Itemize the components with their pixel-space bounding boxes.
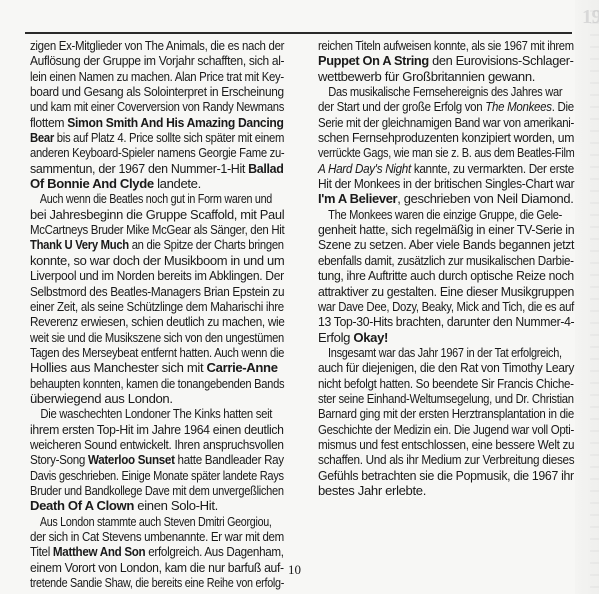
text-segment: Auch wenn die Beatles noch gut in Form w… — [40, 191, 272, 206]
text-line: einem Vorort von London, kam die nur bar… — [30, 560, 266, 575]
text-segment: verrückte Gags, wie man sie z. B. aus de… — [318, 145, 574, 160]
text-segment: an die Spitze der Charts bringen — [129, 237, 284, 252]
text-segment: McCartneys Bruder Mike McGear als Sänger… — [30, 222, 284, 237]
text-segment: Selbstmord des Beatles-Managers Brian Ep… — [30, 284, 284, 299]
text-line: einer Zeit, als seine Schützlinge dem Ma… — [30, 299, 254, 314]
text-line: ebenfalls damit, zusätzlich zur musikali… — [318, 253, 545, 268]
text-segment: nicht befolgt hatten. So beendete Sir Fr… — [318, 376, 574, 391]
right-text-column: reichen Titeln aufweisen konnte, als sie… — [318, 38, 574, 498]
text-line: überwiegend aus London. — [30, 391, 284, 406]
text-line: bei Jahresbeginn die Gruppe Scaffold, mi… — [30, 207, 281, 222]
booklet-page: 1967 Anmerkungen zum Jahr zigen Ex-Mitgl… — [0, 0, 599, 594]
text-line: ihrem ersten Top-Hit im Jahre 1964 einen… — [30, 422, 267, 437]
text-segment: board und Gesang als Solointerpret in Er… — [30, 84, 284, 99]
text-line: Tagen des Merseybeat entfernt hatten. Au… — [30, 345, 249, 360]
text-line: Erfolg Okay! — [318, 330, 574, 345]
text-line: Auflösung der Gruppe im Vorjahr schaffte… — [30, 53, 262, 68]
text-segment: Reverenz erwiesen, schien deutlich zu ma… — [30, 314, 285, 329]
text-segment: landete. — [154, 176, 201, 191]
text-line: A Hard Day's Night kannte, zu vermarkten… — [318, 161, 546, 176]
text-segment: Titel — [30, 544, 53, 559]
text-line: schen Fernsehproduzenten konzipiert word… — [318, 130, 556, 145]
text-segment: Hit der Monkees in der britischen Single… — [318, 176, 574, 191]
text-line: Reverenz erwiesen, schien deutlich zu ma… — [30, 314, 258, 329]
text-line: nicht befolgt hatten. So beendete Sir Fr… — [318, 376, 545, 391]
text-line: bestes Jahr erlebte. — [318, 483, 574, 498]
text-line: tung, ihre Auftritte auch durch optische… — [318, 268, 556, 283]
text-segment: Das musikalische Fernsehereignis des Jah… — [328, 84, 562, 99]
song-title: Carrie-Anne — [207, 360, 278, 375]
text-segment: Insgesamt war das Jahr 1967 in der Tat e… — [328, 345, 562, 360]
text-line: Hollies aus Manchester sich mit Carrie-A… — [30, 360, 284, 375]
song-title: Ballad — [248, 161, 283, 176]
text-line: Titel Matthew And Son erfolgreich. Aus D… — [30, 544, 256, 559]
text-segment: Tagen des Merseybeat entfernt hatten. Au… — [30, 345, 284, 360]
text-line: lein einen Namen zu machen. Alan Price t… — [30, 69, 251, 84]
text-line: Story-Song Waterloo Sunset hatte Bandlea… — [30, 452, 256, 467]
text-line: Bruder und Bandkollege Dave mit dem unve… — [30, 483, 244, 498]
text-segment: Liverpool und im Norden bereits im Abkli… — [30, 268, 284, 283]
text-segment: genheit hatte, sich regelmäßig in einer … — [318, 222, 574, 237]
text-segment: erfolgreich. Aus Dagenham, — [145, 544, 283, 559]
text-segment: kannte, zu vermarkten. Der erste — [411, 161, 574, 176]
text-line: Puppet On A String den Eurovisions-Schla… — [318, 53, 568, 68]
text-segment: tung, ihre Auftritte auch durch optische… — [318, 268, 574, 283]
text-segment: war Dave Dee, Dozy, Beaky, Mick and Tich… — [318, 299, 574, 314]
text-segment: , geschrieben von Neil Diamond. — [397, 191, 573, 206]
text-segment: ebenfalls damit, zusätzlich zur musikali… — [318, 253, 574, 268]
text-line: und kam mit einer Coverversion von Randy… — [30, 99, 248, 114]
text-line: auch für diejenigen, die den Rat von Tim… — [318, 360, 554, 375]
text-segment: flottem — [30, 115, 67, 130]
text-line: Szene zu setzen. Aber viele Bands begann… — [318, 237, 556, 252]
text-line: Die waschechten Londoner The Kinks hatte… — [30, 406, 249, 421]
text-segment: Barnard ging mit der ersten Herztranspla… — [318, 406, 574, 421]
song-title: Bear — [30, 130, 54, 145]
text-line: Bear bis auf Platz 4. Price sollte sich … — [30, 130, 249, 145]
text-segment: Geschichte der Medizin ein. Die Jugend w… — [318, 422, 574, 437]
text-line: behaupten konnten, kamen die tonangebend… — [30, 376, 246, 391]
text-segment: attraktiver zu gestalten. Eine dieser Mu… — [318, 284, 574, 299]
text-segment: und kam mit einer Coverversion von Randy… — [30, 99, 284, 114]
text-line: der Start und der große Erfolg von The M… — [318, 99, 543, 114]
song-title: Matthew And Son — [53, 544, 145, 559]
text-segment: wettbewerb für Großbritannien gewann. — [318, 69, 535, 84]
show-through-texture — [590, 0, 599, 594]
text-line: Death Of A Clown einen Solo-Hit. — [30, 498, 284, 513]
text-segment: . Die — [552, 99, 574, 114]
text-segment: schaffen. Und als ihr Medium zur Verbrei… — [318, 452, 574, 467]
text-line: war Dave Dee, Dozy, Beaky, Mick and Tich… — [318, 299, 540, 314]
text-segment: überwiegend aus London. — [30, 391, 173, 406]
text-segment: Story-Song — [30, 452, 88, 467]
text-segment: ster seine Einhand-Weltumsegelung, und D… — [318, 391, 574, 406]
text-segment: Hollies aus Manchester sich mit — [30, 360, 207, 375]
text-segment: Bruder und Bandkollege Dave mit dem unve… — [30, 483, 284, 498]
text-line: verrückte Gags, wie man sie z. B. aus de… — [318, 145, 532, 160]
song-title: Waterloo Sunset — [88, 452, 175, 467]
text-line: mismus und fest entschlossen, eine besse… — [318, 437, 546, 452]
song-title: I'm A Believer — [318, 191, 397, 206]
text-line: ster seine Einhand-Weltumsegelung, und D… — [318, 391, 539, 406]
text-line: McCartneys Bruder Mike McGear als Sänger… — [30, 222, 252, 237]
text-segment: reichen Titeln aufweisen konnte, als sie… — [318, 38, 574, 53]
text-line: wettbewerb für Großbritannien gewann. — [318, 69, 574, 84]
song-title: Okay! — [353, 330, 388, 345]
text-segment: sammentun, der 1967 den Nummer-1-Hit — [30, 161, 248, 176]
text-line: genheit hatte, sich regelmäßig in einer … — [318, 222, 559, 237]
text-segment: Serie mit der gleichnamigen Band war von… — [318, 115, 574, 130]
text-line: reichen Titeln aufweisen konnte, als sie… — [318, 38, 537, 53]
text-line: Serie mit der gleichnamigen Band war von… — [318, 115, 542, 130]
text-line: Insgesamt war das Jahr 1967 in der Tat e… — [318, 345, 532, 360]
left-text-column: zigen Ex-Mitglieder von The Animals, die… — [30, 38, 284, 590]
text-line: Aus London stammte auch Steven Dmitri Ge… — [30, 514, 238, 529]
text-segment: einer Zeit, als seine Schützlinge dem Ma… — [30, 299, 284, 314]
text-segment: 13 Top-30-Hits brachten, darunter den Nu… — [318, 314, 574, 329]
text-segment: bei Jahresbeginn die Gruppe Scaffold, mi… — [30, 207, 284, 222]
text-line: Thank U Very Much an die Spitze der Char… — [30, 237, 249, 252]
text-segment: den Eurovisions-Schlager- — [429, 53, 574, 68]
text-segment: schen Fernsehproduzenten konzipiert word… — [318, 130, 574, 145]
text-line: Liverpool und im Norden bereits im Abkli… — [30, 268, 265, 283]
text-line: konnte, so war doch der Musikboom in und… — [30, 253, 282, 268]
text-segment: der Start und der große Erfolg von — [318, 99, 485, 114]
text-segment: einem Vorort von London, kam die nur bar… — [30, 560, 284, 575]
text-line: Auch wenn die Beatles noch gut in Form w… — [30, 191, 238, 206]
text-line: flottem Simon Smith And His Amazing Danc… — [30, 115, 265, 130]
text-segment: tretende Sandie Shaw, die bereits eine R… — [30, 575, 284, 590]
text-segment: Davis geschrieben. Einige Monate später … — [30, 468, 284, 483]
text-segment: Aus London stammte auch Steven Dmitri Ge… — [40, 514, 272, 529]
text-segment: bis auf Platz 4. Price sollte sich späte… — [54, 130, 284, 145]
header-rule — [25, 32, 572, 34]
text-line: anderen Keyboard-Spieler namens Georgie … — [30, 145, 249, 160]
text-line: zigen Ex-Mitglieder von The Animals, die… — [30, 38, 253, 53]
text-line: Hit der Monkees in der britischen Single… — [318, 176, 551, 191]
text-segment: mismus und fest entschlossen, eine besse… — [318, 437, 574, 452]
text-line: Das musikalische Fernsehereignis des Jah… — [318, 84, 536, 99]
text-segment: The Monkees waren die einzige Gruppe, di… — [328, 207, 562, 222]
song-title: Thank U Very Much — [30, 237, 129, 252]
song-title: Puppet On A String — [318, 53, 429, 68]
page-number: 10 — [288, 562, 301, 578]
text-segment: lein einen Namen zu machen. Alan Price t… — [30, 69, 284, 84]
text-line: weicheren Sound entwickelt. Ihren anspru… — [30, 437, 260, 452]
text-segment: ihrem ersten Top-Hit im Jahre 1964 einen… — [30, 422, 284, 437]
text-line: Gefühls betrachten sie die Popmusik, die… — [318, 468, 559, 483]
text-segment: Gefühls betrachten sie die Popmusik, die… — [318, 468, 574, 483]
text-line: 13 Top-30-Hits brachten, darunter den Nu… — [318, 314, 557, 329]
text-line: tretende Sandie Shaw, die bereits eine R… — [30, 575, 240, 590]
text-segment: anderen Keyboard-Spieler namens Georgie … — [30, 145, 284, 160]
text-line: sammentun, der 1967 den Nummer-1-Hit Bal… — [30, 161, 272, 176]
text-segment: weicheren Sound entwickelt. Ihren anspru… — [30, 437, 284, 452]
italic-title: The Monkees — [485, 99, 551, 114]
text-segment: Szene zu setzen. Aber viele Bands begann… — [318, 237, 574, 252]
text-line: schaffen. Und als ihr Medium zur Verbrei… — [318, 452, 548, 467]
text-line: board und Gesang als Solointerpret in Er… — [30, 84, 260, 99]
text-line: Geschichte der Medizin ein. Die Jugend w… — [318, 422, 542, 437]
text-line: Barnard ging mit der ersten Herztranspla… — [318, 406, 543, 421]
text-segment: auch für diejenigen, die den Rat von Tim… — [318, 360, 574, 375]
text-segment: Die waschechten Londoner The Kinks hatte… — [40, 406, 272, 421]
song-title: Simon Smith And His Amazing Dancing — [67, 115, 283, 130]
text-line: der sich in Cat Stevens umbenannte. Er w… — [30, 529, 253, 544]
text-segment: weit sie und die Musikszene sich von den… — [30, 330, 284, 345]
text-segment: der sich in Cat Stevens umbenannte. Er w… — [30, 529, 284, 544]
text-line: attraktiver zu gestalten. Eine dieser Mu… — [318, 284, 558, 299]
song-title: Of Bonnie And Clyde — [30, 176, 154, 191]
text-segment: behaupten konnten, kamen die tonangebend… — [30, 376, 284, 391]
text-segment: hatte Bandleader Ray — [175, 452, 284, 467]
text-segment: Auflösung der Gruppe im Vorjahr schaffte… — [30, 53, 284, 68]
text-segment: Erfolg — [318, 330, 353, 345]
text-segment: konnte, so war doch der Musikboom in und… — [30, 253, 284, 268]
text-line: weit sie und die Musikszene sich von den… — [30, 330, 246, 345]
text-line: I'm A Believer, geschrieben von Neil Dia… — [318, 191, 571, 206]
text-segment: bestes Jahr erlebte. — [318, 483, 426, 498]
text-segment: einen Solo-Hit. — [134, 498, 218, 513]
text-line: Davis geschrieben. Einige Monate später … — [30, 468, 244, 483]
text-line: Selbstmord des Beatles-Managers Brian Ep… — [30, 284, 258, 299]
song-title: Death Of A Clown — [30, 498, 134, 513]
text-line: Of Bonnie And Clyde landete. — [30, 176, 284, 191]
text-line: The Monkees waren die einzige Gruppe, di… — [318, 207, 535, 222]
italic-title: A Hard Day's Night — [318, 161, 411, 176]
text-segment: zigen Ex-Mitglieder von The Animals, die… — [30, 38, 284, 53]
